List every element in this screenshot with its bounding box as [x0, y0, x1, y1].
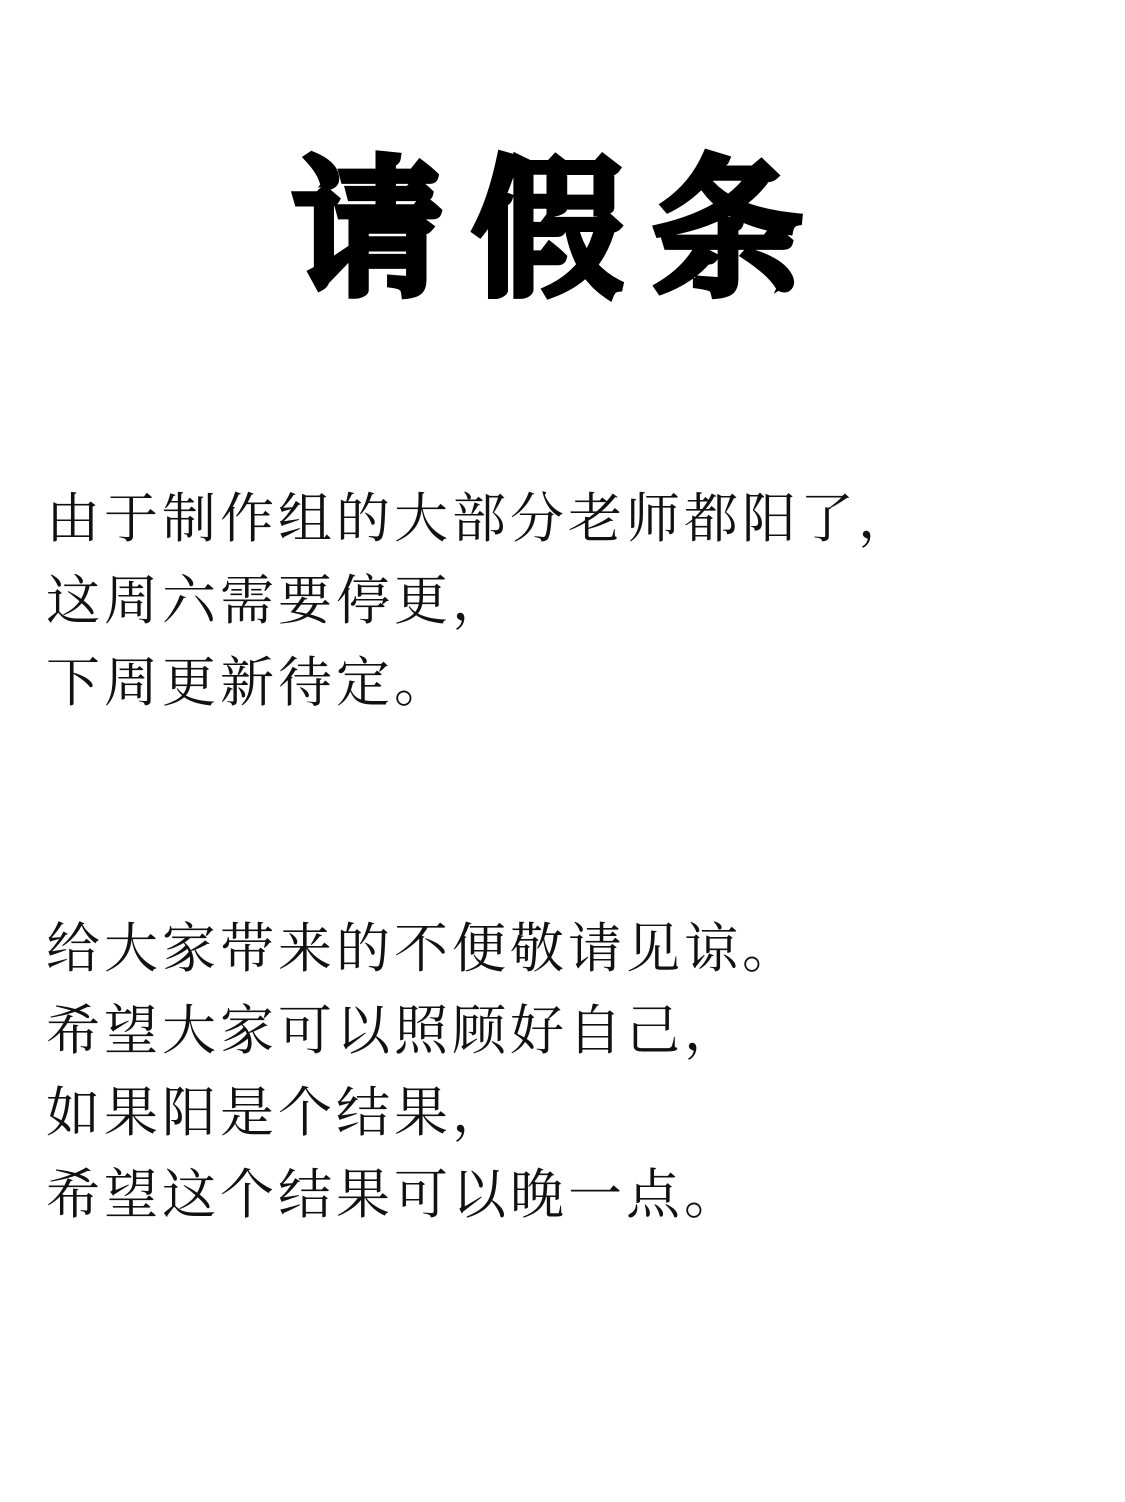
notice-line: 下周更新待定。 [46, 642, 1106, 724]
notice-title: 请假条 [0, 140, 1125, 320]
notice-line: 希望大家可以照顾好自己， [46, 990, 1106, 1072]
notice-line: 这周六需要停更， [46, 560, 1106, 642]
notice-line: 给大家带来的不便敬请见谅。 [46, 908, 1106, 990]
notice-paragraph-1: 由于制作组的大部分老师都阳了， 这周六需要停更， 下周更新待定。 [46, 478, 1106, 724]
notice-line: 希望这个结果可以晚一点。 [46, 1154, 1106, 1236]
notice-line: 由于制作组的大部分老师都阳了， [46, 478, 1106, 560]
notice-paragraph-2: 给大家带来的不便敬请见谅。 希望大家可以照顾好自己， 如果阳是个结果， 希望这个… [46, 908, 1106, 1236]
notice-line: 如果阳是个结果， [46, 1072, 1106, 1154]
